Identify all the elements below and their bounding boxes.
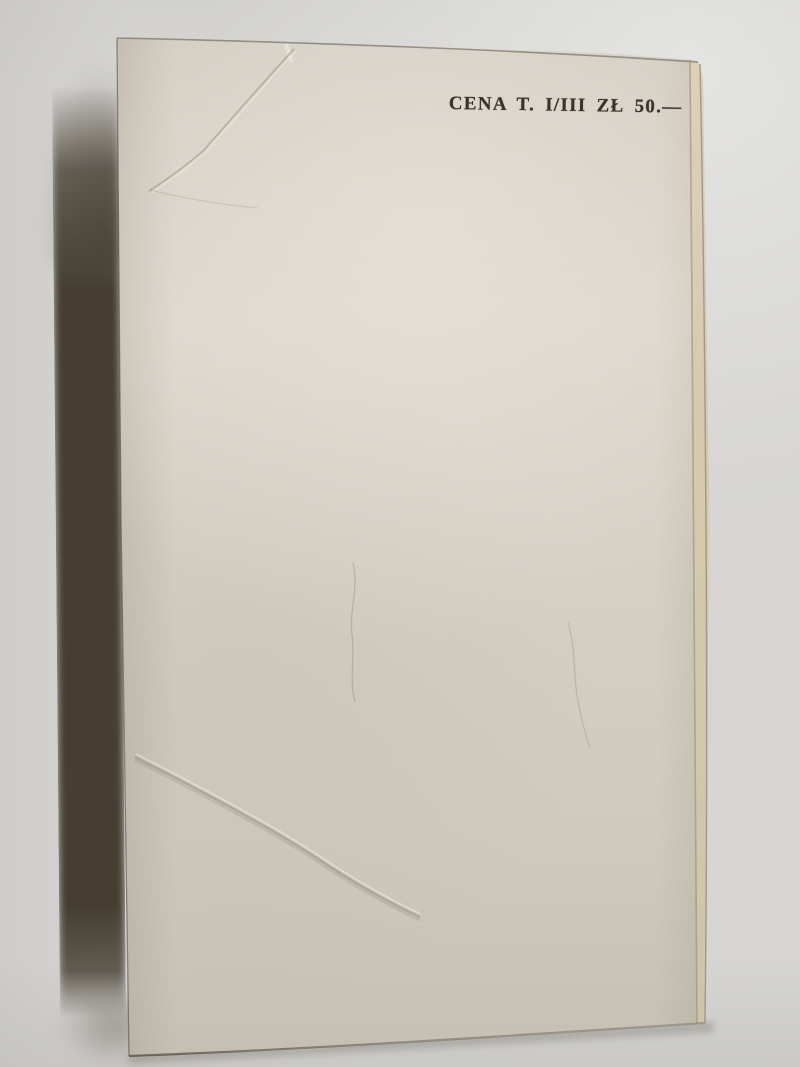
cast-shadow-left — [52, 86, 126, 1018]
price-text: CENA T. I/III ZŁ 50.— — [449, 93, 683, 119]
book-photo: CENA T. I/III ZŁ 50.— — [0, 0, 800, 1067]
